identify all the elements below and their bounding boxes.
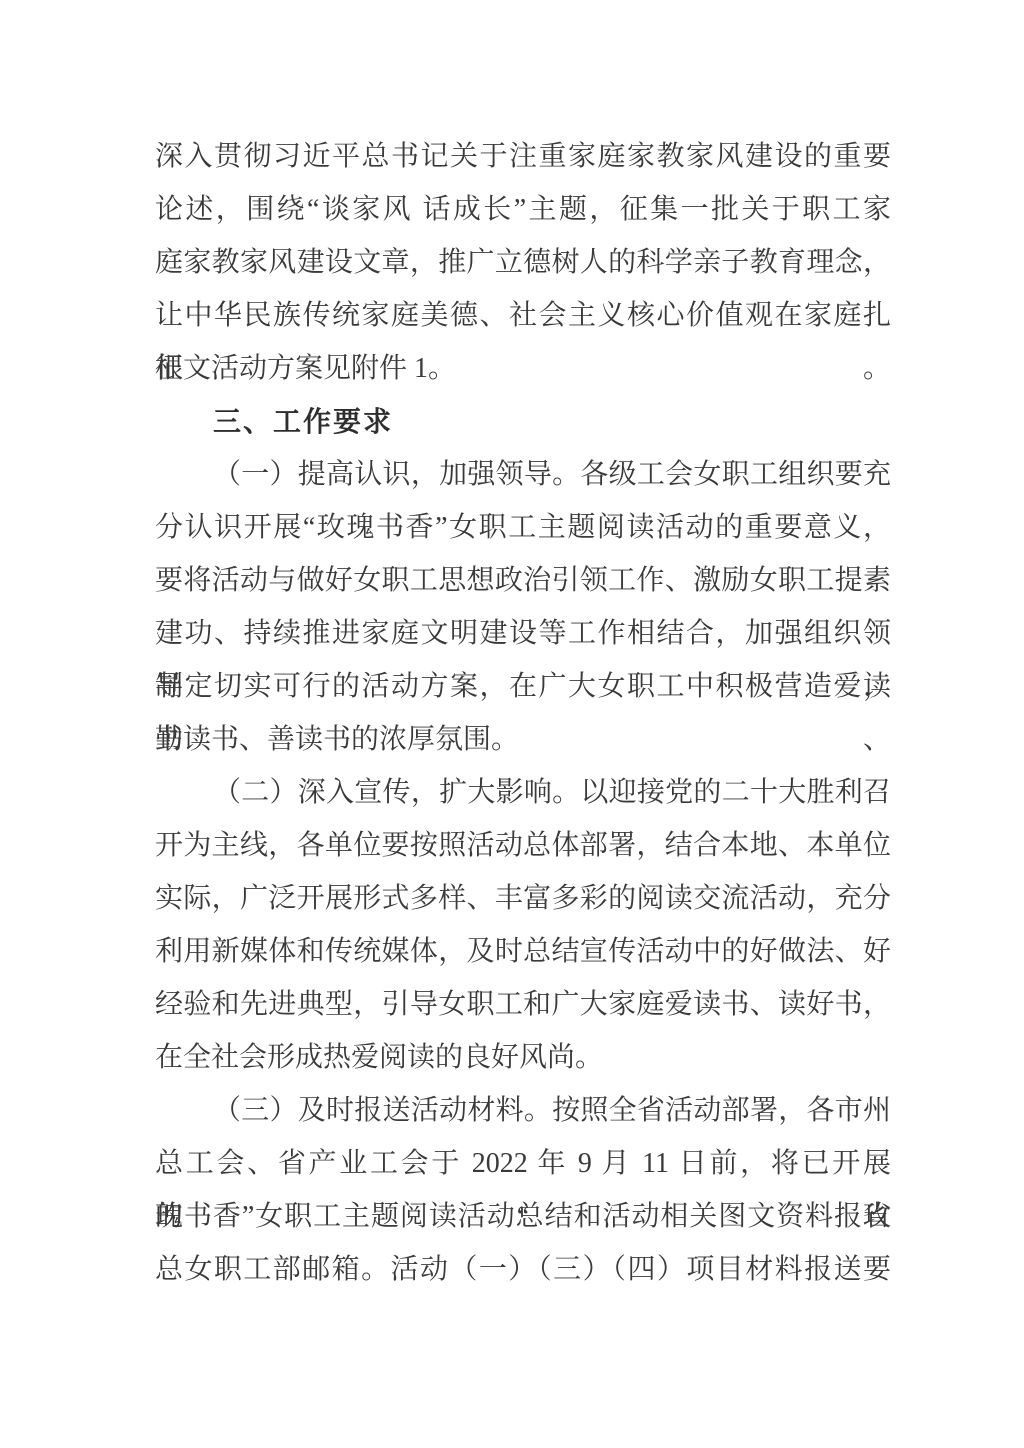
text-segment: 以迎接党的二十大胜利召	[580, 777, 891, 808]
text-segment: 利用新媒体和传统媒体，及时总结宣传活动中的好做法、好	[155, 936, 891, 967]
paragraph-lead: （二）深入宣传，扩大影响。	[213, 777, 580, 808]
document-body: 深入贯彻习近平总书记关于注重家庭家教家风建设的重要论述，围绕“谈家风 话成长”主…	[155, 130, 891, 1296]
text-segment: 开为主线，各单位要按照活动总体部署，结合本地、本单位	[155, 830, 891, 861]
text-segment: 征文活动方案见附件 1。	[155, 353, 456, 384]
text-segment: 按照全省活动部署，各市州	[552, 1095, 891, 1126]
text-line: 分认识开展“玫瑰书香”女职工主题阅读活动的重要意义，	[155, 501, 891, 554]
text-line: 总女职工部邮箱。活动（一）（三）（四）项目材料报送要	[155, 1243, 891, 1296]
text-segment: 论述，围绕“谈家风 话成长”主题，征集一批关于职工家	[155, 194, 891, 225]
text-segment: 庭家教家风建设文章，推广立德树人的科学亲子教育理念，	[155, 247, 891, 278]
text-line: 在全社会形成热爱阅读的良好风尚。	[155, 1031, 891, 1084]
text-line: 瑰书香”女职工主题阅读活动总结和活动相关图文资料报省	[155, 1190, 891, 1243]
document-page: 深入贯彻习近平总书记关于注重家庭家教家风建设的重要论述，围绕“谈家风 话成长”主…	[0, 0, 1024, 1448]
section-heading: 三、工作要求	[155, 395, 891, 448]
text-line: 论述，围绕“谈家风 话成长”主题，征集一批关于职工家	[155, 183, 891, 236]
paragraph-lead: （一）提高认识，加强领导。	[213, 459, 580, 490]
text-segment: 经验和先进典型，引导女职工和广大家庭爱读书、读好书，	[155, 989, 891, 1020]
text-segment: 各级工会女职工组织要充	[580, 459, 891, 490]
text-line: 要将活动与做好女职工思想政治引领工作、激励女职工提素	[155, 554, 891, 607]
text-line: 经验和先进典型，引导女职工和广大家庭爱读书、读好书，	[155, 978, 891, 1031]
text-segment: 在全社会形成热爱阅读的良好风尚。	[155, 1042, 603, 1073]
text-segment: 勤读书、善读书的浓厚氛围。	[155, 724, 519, 755]
text-line: （一）提高认识，加强领导。各级工会女职工组织要充	[155, 448, 891, 501]
text-line: 让中华民族传统家庭美德、社会主义核心价值观在家庭扎根。	[155, 289, 891, 342]
text-line: 庭家教家风建设文章，推广立德树人的科学亲子教育理念，	[155, 236, 891, 289]
text-line: （三）及时报送活动材料。按照全省活动部署，各市州	[155, 1084, 891, 1137]
text-segment: 要将活动与做好女职工思想政治引领工作、激励女职工提素	[155, 565, 891, 596]
text-line: 开为主线，各单位要按照活动总体部署，结合本地、本单位	[155, 819, 891, 872]
text-line: （二）深入宣传，扩大影响。以迎接党的二十大胜利召	[155, 766, 891, 819]
text-segment: 三、工作要求	[213, 406, 393, 437]
text-line: 建功、持续推进家庭文明建设等工作相结合，加强组织领导，	[155, 607, 891, 660]
text-line: 利用新媒体和传统媒体，及时总结宣传活动中的好做法、好	[155, 925, 891, 978]
text-line: 总工会、省产业工会于 2022 年 9 月 11 日前，将已开展的“玫	[155, 1137, 891, 1190]
text-segment: 总女职工部邮箱。活动（一）（三）（四）项目材料报送要	[155, 1254, 891, 1285]
paragraph-lead: （三）及时报送活动材料。	[213, 1095, 552, 1126]
text-line: 深入贯彻习近平总书记关于注重家庭家教家风建设的重要	[155, 130, 891, 183]
text-segment: 瑰书香”女职工主题阅读活动总结和活动相关图文资料报省	[155, 1201, 891, 1232]
text-line: 制定切实可行的活动方案，在广大女职工中积极营造爱读书、	[155, 660, 891, 713]
text-line: 实际，广泛开展形式多样、丰富多彩的阅读交流活动，充分	[155, 872, 891, 925]
text-segment: 实际，广泛开展形式多样、丰富多彩的阅读交流活动，充分	[155, 883, 891, 914]
text-segment: 分认识开展“玫瑰书香”女职工主题阅读活动的重要意义，	[155, 512, 891, 543]
text-segment: 深入贯彻习近平总书记关于注重家庭家教家风建设的重要	[155, 141, 891, 172]
